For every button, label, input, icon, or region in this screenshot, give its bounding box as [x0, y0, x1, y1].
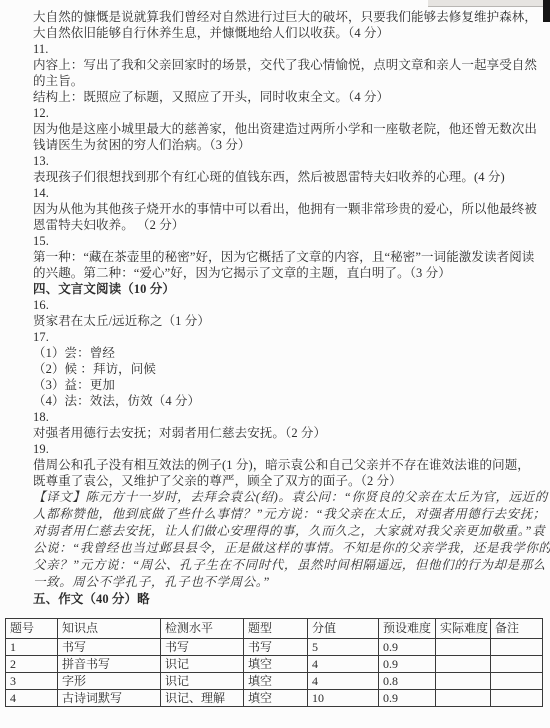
table-cell: 填空 [244, 690, 308, 707]
doc-line: 的兴趣。第二种：“爱心”好，因为它揭示了文章的主题，直白明了。（3 分） [33, 265, 533, 281]
table-cell: 0.9 [379, 656, 436, 673]
document-text-block: 大自然的慷慨是说就算我们曾经对自然进行过巨大的破坏，只要我们能够去修复维护森林，… [33, 9, 533, 607]
table-cell: 填空 [244, 673, 308, 690]
doc-line: 既尊重了袁公，又维护了父亲的尊严，顾全了双方的面子。（2 分） [33, 473, 533, 489]
doc-line: 结构上：既照应了标题，又照应了开头，同时收束全文。（4 分） [33, 89, 533, 105]
table-header-cell: 检测水平 [161, 619, 244, 639]
answer-key-document-page: 大自然的慷慨是说就算我们曾经对自然进行过巨大的破坏，只要我们能够去修复维护森林，… [0, 0, 550, 728]
table-header-cell: 预设难度 [379, 619, 436, 639]
doc-line: （4）法：效法，仿效（4 分） [33, 393, 533, 409]
doc-line: 因为从他为其他孩子烧开水的事情中可以看出，他拥有一颗非常珍贵的爱心，所以他最终被 [33, 201, 533, 217]
table-cell: 识记 [161, 656, 244, 673]
table-cell: 4 [308, 673, 379, 690]
table-cell: 识记、理解 [161, 690, 244, 707]
doc-line: 12. [33, 105, 533, 121]
table-row: 2拼音书写识记填空40.9 [6, 656, 543, 673]
doc-line: （1）尝：曾经 [33, 345, 533, 361]
table-cell [436, 639, 491, 656]
doc-line: 的主旨。 [33, 73, 533, 89]
doc-line: （3）益：更加 [33, 377, 533, 393]
table-cell: 古诗词默写 [58, 690, 161, 707]
table-cell: 4 [308, 656, 379, 673]
table-header-cell: 分值 [308, 619, 379, 639]
table-header-cell: 知识点 [58, 619, 161, 639]
doc-line: 钱请医生为贫困的穷人们治病。（3 分） [33, 137, 533, 153]
table-cell: 1 [6, 639, 58, 656]
table-cell: 书写 [58, 639, 161, 656]
doc-line: 对弱者用仁慈去安抚，让人们做心安理得的事，久而久之，大家就对我父亲更加敬重。”袁 [33, 523, 533, 540]
table-cell [491, 639, 543, 656]
table-header-cell: 题型 [244, 619, 308, 639]
doc-line: 借周公和孔子没有相互效法的例子(1 分)，暗示袁公和自己父亲并不存在谁效法谁的问… [33, 457, 533, 473]
doc-line: 对强者用德行去安抚；对弱者用仁慈去安抚。（2 分） [33, 425, 533, 441]
table-header-cell: 题号 [6, 619, 58, 639]
doc-line: 一致。周公不学孔子，孔子也不学周公。” [33, 574, 533, 591]
doc-line: 公说：“我曾经也当过邺县县令，正是做这样的事情。不知是你的父亲学我，还是我学你的 [33, 540, 533, 557]
doc-line: 五、作文（40 分）略 [33, 591, 533, 607]
doc-line: 17. [33, 329, 533, 345]
doc-line: 16. [33, 297, 533, 313]
scrollbar-edge-artifact [428, 0, 550, 7]
doc-line: 13. [33, 153, 533, 169]
table-row: 1书写书写书写50.9 [6, 639, 543, 656]
table-cell [491, 690, 543, 707]
table-cell: 识记 [161, 673, 244, 690]
doc-line: 大自然依旧能够自行休养生息，并慷慨地给人们以收获。（4 分） [33, 25, 533, 41]
table-cell: 5 [308, 639, 379, 656]
table-header-cell: 实际难度 [436, 619, 491, 639]
doc-line: 父亲？”元方说：“周公、孔子生在不同时代，虽然时间相隔遥远，但他们的行为却是那么 [33, 557, 533, 574]
doc-line: 19. [33, 441, 533, 457]
doc-line: 四、文言文阅读（10 分） [33, 281, 533, 297]
doc-line: 因为他是这座小城里最大的慈善家，他出资建造过两所小学和一座敬老院，他还曾无数次出 [33, 121, 533, 137]
table-cell: 3 [6, 673, 58, 690]
table-cell: 拼音书写 [58, 656, 161, 673]
doc-line: 15. [33, 233, 533, 249]
doc-line: 11. [33, 41, 533, 57]
table-cell [436, 656, 491, 673]
window-corner-artifact [543, 0, 550, 22]
doc-line: 人都称赞他，他到底做了些什么事情？”元方说：“我父亲在太丘，对强者用德行去安抚； [33, 506, 533, 523]
table-row: 3字形识记填空40.8 [6, 673, 543, 690]
doc-line: 18. [33, 409, 533, 425]
doc-line: （2）候 ：拜访，问候 [33, 361, 533, 377]
doc-line: 恩雷特夫妇收养。 （2 分） [33, 217, 533, 233]
table-header-row: 题号知识点检测水平题型分值预设难度实际难度备注 [6, 619, 543, 639]
doc-line: 贤家君在太丘/远近称之（1 分） [33, 313, 533, 329]
doc-line: 内容上：写出了我和父亲回家时的场景，交代了我心情愉悦，点明文章和亲人一起享受自然 [33, 57, 533, 73]
table-cell: 字形 [58, 673, 161, 690]
table-cell: 书写 [244, 639, 308, 656]
doc-line: 第一种：“藏在茶壶里的秘密”好，因为它概括了文章的内容，且“秘密”一词能激发读者… [33, 249, 533, 265]
table-cell: 0.8 [379, 673, 436, 690]
table-cell: 2 [6, 656, 58, 673]
table-cell [491, 673, 543, 690]
table-cell: 书写 [161, 639, 244, 656]
table-cell [436, 690, 491, 707]
exam-spec-table: 题号知识点检测水平题型分值预设难度实际难度备注1书写书写书写50.9 2拼音书写… [5, 618, 543, 707]
table-cell [436, 673, 491, 690]
doc-line: 表现孩子们很想找到那个有红心斑的值钱东西，然后被恩雷特夫妇收养的心理。(4 分) [33, 169, 533, 185]
table-row: 4古诗词默写识记、理解填空100.9 [6, 690, 543, 707]
table-header-cell: 备注 [491, 619, 543, 639]
table-cell: 0.9 [379, 690, 436, 707]
table-cell: 填空 [244, 656, 308, 673]
table-cell: 10 [308, 690, 379, 707]
table-cell [491, 656, 543, 673]
table-cell: 0.9 [379, 639, 436, 656]
table-cell: 4 [6, 690, 58, 707]
doc-line: 14. [33, 185, 533, 201]
doc-line: 【译文】陈元方十一岁时，去拜会袁公(绍)。袁公问：“你贤良的父亲在太丘为官，远近… [33, 489, 533, 506]
doc-line: 大自然的慷慨是说就算我们曾经对自然进行过巨大的破坏，只要我们能够去修复维护森林， [33, 9, 533, 25]
